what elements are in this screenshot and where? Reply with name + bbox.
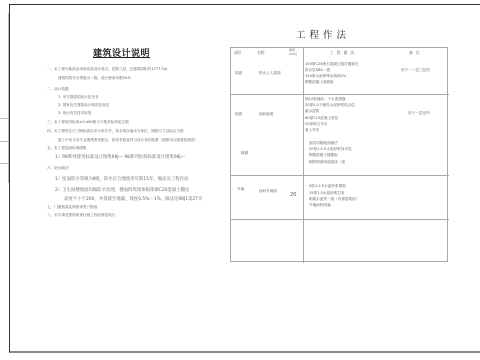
row-method-line: 5厚1:2.5水泥砂浆罩面: [309, 184, 346, 190]
row-part: 屋面: [235, 71, 242, 77]
note-line: 2. 国家有关建筑设计规范及规定: [58, 103, 109, 108]
row-name: 防水上人屋面: [259, 71, 281, 77]
row-method-line: 防水层SBS一道: [305, 68, 330, 74]
row-method-line: 钢筋混凝土屋面板: [305, 80, 334, 86]
row-method-line: 铺10厚地砖，干水泥擦缝: [305, 97, 346, 103]
row-name: 涂料外墙面: [259, 189, 277, 195]
note-line: 八、未尽事宜按国家现行施工验收规范执行: [47, 213, 115, 218]
row-method-line: 刷防锈漆两道面漆一道: [309, 160, 345, 166]
row-divider: [231, 175, 449, 176]
note-line: 一、本工程为某商业用房改造设计项目，层数三层，总建筑面积约1777.5㎡: [47, 67, 167, 72]
row-divider: [231, 219, 449, 220]
row-method-line: 100厚C25细石混凝土随打随抹光: [305, 62, 358, 68]
strip-divider: [0, 118, 8, 119]
row-method-line: 素水泥浆: [305, 109, 319, 115]
row-method-line: 20厚1:2.5水泥砂浆找平层: [309, 147, 352, 153]
strip-divider: [0, 141, 8, 142]
construction-methods-title: 工程作法: [296, 27, 350, 41]
row-divider: [231, 94, 449, 95]
note-line: 二、设计依据: [47, 87, 69, 92]
note-line: 三、本工程室内标高±0.000相当于绝对标高见总图: [47, 120, 129, 125]
header-thickness: 厚度(mm): [289, 48, 301, 56]
note-line: 3. 现行有关技术标准: [58, 111, 91, 116]
note-line: 六、防水做法: [47, 166, 69, 171]
header-remark: 备注: [409, 50, 423, 56]
row-remark: 用于一层室内: [408, 111, 430, 117]
note-line: 四、本工程所注尺寸除标高以米为单位外，其余均以毫米为单位，图纸尺寸以标注为准: [47, 129, 184, 134]
row-method-line: 20厚碎石夯实: [305, 122, 328, 128]
design-notes-title: 建筑设计说明: [93, 46, 150, 59]
row-method-line: 15厚1:3水泥砂浆打底: [309, 191, 345, 197]
row-method-line: 外墙涂料两遍: [309, 203, 331, 209]
note-line: 1）98系列建筑标准设计图集98J— 98系列结构标准设计图集98J—: [55, 154, 185, 160]
row-part: 楼梯: [241, 151, 248, 157]
note-line: 施工中应与各专业图纸密切配合，如有矛盾及时与设计单位联系（图纸未注明者按规范）: [58, 138, 198, 143]
row-part: 地面: [235, 112, 242, 118]
row-method-line: 钢筋混凝土楼梯板: [309, 153, 338, 159]
note-line: 五、本工程选用标准图集: [47, 146, 87, 151]
row-method-line: 20厚1:2干硬性水泥砂浆结合层: [305, 103, 355, 109]
header-method: 工程做法: [330, 50, 357, 56]
header-name: 名称: [257, 50, 265, 56]
strip-divider: [0, 163, 8, 164]
header-part: 部位: [234, 50, 242, 56]
note-line: 1. 甲方提供的设计任务书: [58, 95, 99, 100]
row-method-line: 面层同楼地面做法: [309, 141, 338, 147]
note-line: 1）屋面防水等级为Ⅱ级，防水层合理使用年限15年，做法见工程作法: [55, 176, 188, 182]
note-line: 七、门窗数量及规格详见门窗表: [47, 205, 97, 210]
row-name: 地砖地面: [259, 112, 273, 118]
note-line: 2）卫生间楼地面均做防水处理，楼面四周墙体根部做C20混凝土翻边: [55, 187, 189, 193]
row-method-line: 素土夯实: [305, 128, 319, 134]
note-line: 高度不小于200，并找坡至地漏，坡度0.5%～1%，做法见98J1第27页: [64, 196, 202, 202]
adjacent-sheet-strip: [0, 13, 9, 183]
construction-methods-table: 部位 名称 厚度(mm) 工程做法 备注 屋面 防水上人屋面 100厚C25细石…: [230, 47, 448, 262]
row-method-line: 60厚C15混凝土垫层: [305, 116, 338, 122]
row-thickness: 20: [290, 193, 296, 199]
row-method-line: 150厚水泥珍珠岩找坡2%: [305, 74, 346, 80]
row-method-line: 刷素水泥浆一道（内掺建筑胶）: [309, 197, 359, 203]
row-remark: 用于一二层三层顶: [401, 68, 430, 74]
row-part: 外墙: [237, 187, 244, 193]
column-divider: [303, 48, 304, 263]
note-line: 建筑结构安全等级为二级，设计使用年限50年: [58, 76, 131, 81]
